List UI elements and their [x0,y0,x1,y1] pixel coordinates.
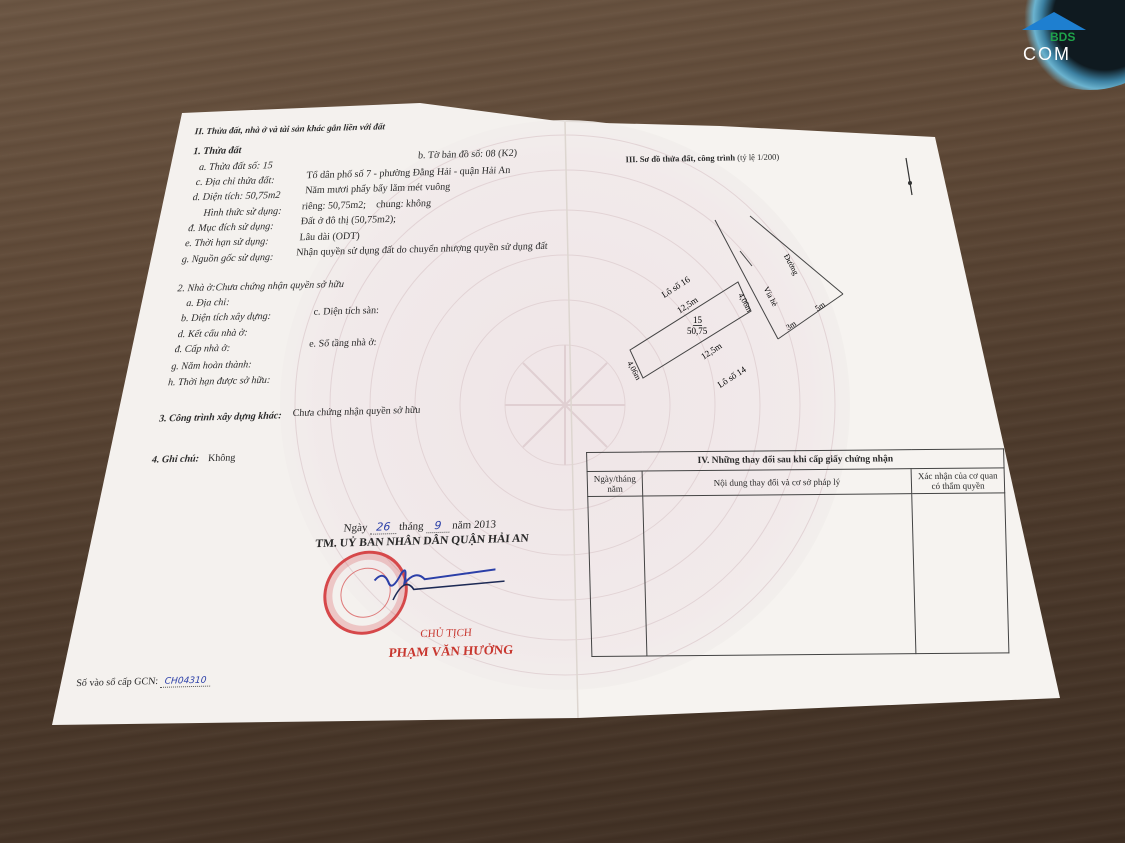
map-sheet-number: b. Tờ bản đồ số: 08 (K2) [418,148,518,162]
parcel-number: a. Thửa đất số: 15 [199,160,274,173]
usage-shared: chung: không [376,198,432,210]
confirmation-cell [912,493,1009,654]
address-value: Tổ dân phố số 7 - phường Đằng Hải - quận… [306,165,511,181]
signer-title: CHỦ TỊCH [420,627,473,640]
house-heading-value: Chưa chứng nhận quyền sở hữu [215,279,344,293]
floors-label: e. Số tầng nhà ở: [309,337,377,350]
address-label: c. Địa chỉ thửa đất: [195,175,275,188]
issue-date: Ngày 26 tháng 9 năm 2013 [343,517,496,534]
issue-year: 2013 [473,518,496,531]
house-heading: 2. Nhà ở: [177,282,216,294]
land-use-certificate: II. Thửa đất, nhà ở và tài sản khác gắn … [0,0,1125,843]
date-cell [588,496,647,656]
completed-label: g. Năm hoàn thành: [171,359,252,372]
column-content: Nội dung thay đổi và cơ sở pháp lý [642,469,912,496]
diagram-scale: (tỷ lệ 1/200) [737,152,779,163]
notes-heading: 4. Ghi chú: [152,453,200,465]
other-works-heading: 3. Công trình xây dựng khác: [159,410,282,424]
signer-name: PHẠM VĂN HƯỞNG [388,642,514,661]
parcel-number-label: 15 [693,315,702,326]
registry-number: Số vào sổ cấp GCN: CH04310 [76,675,211,690]
land-heading: 1. Thửa đất [193,145,242,157]
notes-value: Không [208,452,236,464]
origin-label: g. Nguồn gốc sử dụng: [181,252,273,265]
content-cell [643,494,916,656]
left-page: II. Thửa đất, nhà ở và tài sản khác gắn … [84,118,591,710]
grade-label: đ. Cấp nhà ở: [174,343,230,355]
diagram-title: III. Sơ đồ thửa đất, công trình (tỷ lệ 1… [626,152,780,165]
column-confirmation: Xác nhận của cơ quan có thẩm quyền [911,468,1005,494]
term-value: Lâu dài (ODT) [299,231,360,244]
handwritten-signature [362,559,516,613]
purpose-value: Đất ở đô thị (50,75m2); [300,214,396,227]
table-row [588,493,1009,657]
issuing-authority: TM. UỶ BAN NHÂN DÂN QUẬN HẢI AN [315,533,529,551]
ownership-term-label: h. Thời hạn được sở hữu: [168,375,271,389]
term-label: e. Thời hạn sử dụng: [185,236,269,249]
house-address-label: a. Địa chỉ: [186,297,230,309]
issue-month: 9 [426,519,450,534]
floor-area-label: c. Diện tích sàn: [313,305,379,318]
build-area-label: b. Diện tích xây dựng: [181,311,272,324]
issue-day: 26 [370,520,397,535]
structure-label: d. Kết cấu nhà ở: [177,327,248,340]
parcel-area-label: 50,75 [687,326,707,336]
changes-table: IV. Những thay đổi sau khi cấp giấy chứn… [586,448,1009,657]
purpose-label: đ. Mục đích sử dụng: [188,221,274,234]
other-works-value: Chưa chứng nhận quyền sở hữu [292,405,421,419]
usage-private: riêng: 50,75m2; [302,200,367,213]
area-label: d. Diện tích: 50,75m2 [192,190,281,203]
area-words: Năm mươi phẩy bẩy lăm mét vuông [305,181,451,196]
registry-value: CH04310 [160,676,211,688]
origin-value: Nhận quyền sử dụng đất do chuyển nhượng … [296,241,548,259]
column-date: Ngày/tháng năm [587,471,643,496]
usage-form-label: Hình thức sử dụng: [203,206,282,219]
